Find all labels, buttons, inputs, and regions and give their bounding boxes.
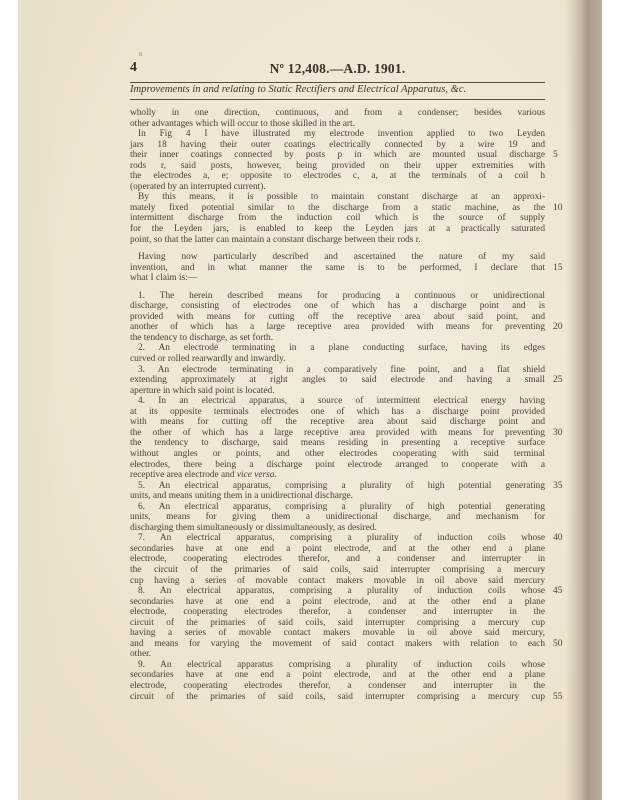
- margin-line-number: 40: [553, 533, 563, 544]
- text-line: In Fig 4 I have illustrated my electrode…: [130, 129, 545, 140]
- text-line: invention, and in what manner the same i…: [130, 263, 545, 274]
- text-line: intermittent discharge from the inductio…: [130, 213, 545, 224]
- line-text: mately fixed potential similar to the di…: [130, 203, 545, 213]
- patent-number: Nº 12,408.—A.D. 1901.: [130, 61, 545, 77]
- line-text: By this means, it is possible to maintai…: [138, 192, 545, 202]
- line-text: secondaries have at one end a point elec…: [130, 670, 545, 680]
- text-line: 3. An electrode terminating in a compara…: [130, 365, 545, 376]
- line-text: 1. The herein described means for produc…: [138, 291, 545, 301]
- text-line: rods r, said posts, however, being provi…: [130, 161, 545, 172]
- text-line: (operated by an interrupted current).: [130, 182, 545, 193]
- text-line: 2. An electrode terminating in a plane c…: [130, 343, 545, 354]
- line-text: extending approximately at right angles …: [130, 375, 545, 385]
- line-text: electrode, cooperating electrodes theref…: [130, 681, 545, 691]
- header-rule-top: [130, 82, 545, 83]
- text-line: 9. An electrical apparatus comprising a …: [130, 660, 545, 671]
- text-line: other.: [130, 649, 545, 660]
- margin-line-number: 20: [553, 322, 563, 333]
- line-text: 3. An electrode terminating in a compara…: [138, 365, 545, 375]
- line-text: jars 18 having their outer coatings elec…: [130, 140, 545, 150]
- running-title: Improvements in and relating to Static R…: [130, 84, 550, 95]
- line-text: secondaries have at one end a point elec…: [130, 544, 545, 554]
- line-text: invention, and in what manner the same i…: [130, 263, 545, 273]
- text-line: their inner coatings connected by posts …: [130, 150, 545, 161]
- text-line: the electrodes a, e; opposite to electro…: [130, 171, 545, 182]
- margin-line-number: 25: [553, 375, 563, 386]
- scanned-page: 4 n Nº 12,408.—A.D. 1901. Improvements i…: [18, 0, 602, 800]
- page-header: 4 n Nº 12,408.—A.D. 1901.: [130, 60, 545, 80]
- margin-line-number: 10: [553, 203, 563, 214]
- line-text: units, and means uniting them in a unidi…: [130, 491, 353, 501]
- italic-phrase: vice versa: [237, 470, 275, 480]
- text-line: the tendency to discharge, said means re…: [130, 438, 545, 449]
- line-text: receptive area electrode and vice versa.: [130, 470, 277, 480]
- line-text: circuit of the primaries of said coils, …: [130, 692, 545, 702]
- text-line: what I claim is:—: [130, 273, 545, 284]
- text-line: and means for varying the movement of sa…: [130, 639, 545, 650]
- text-line: electrode, cooperating electrodes theref…: [130, 681, 545, 692]
- margin-line-number: 30: [553, 428, 563, 439]
- text-line: electrode, cooperating electrodes theref…: [130, 554, 545, 565]
- text-line: 5. An electrical apparatus, comprising a…: [130, 481, 545, 492]
- text-line: jars 18 having their outer coatings elec…: [130, 140, 545, 151]
- text-line: other advantages which will occur to tho…: [130, 119, 545, 130]
- line-text: 8. An electrical apparatus, comprising a…: [138, 586, 545, 596]
- text-line: at its opposite terminals electrodes one…: [130, 407, 545, 418]
- text-line: receptive area electrode and vice versa.: [130, 470, 545, 481]
- text-line: mately fixed potential similar to the di…: [130, 203, 545, 214]
- line-text: and means for varying the movement of sa…: [130, 639, 545, 649]
- line-text: the tendency to discharge, as set forth.: [130, 333, 273, 343]
- text-line: 8. An electrical apparatus, comprising a…: [130, 586, 545, 597]
- text-line: the tendency to discharge, as set forth.: [130, 333, 545, 344]
- text-line: 6. An electrical apparatus, comprising a…: [130, 502, 545, 513]
- text-line: discharge, consisting of electrodes one …: [130, 301, 545, 312]
- text-line: circuit of the primaries of said coils, …: [130, 692, 545, 703]
- text-line: secondaries have at one end a point elec…: [130, 544, 545, 555]
- line-text: having a series of movable contact maker…: [130, 628, 545, 638]
- line-text: discharging them simultaneously or dissi…: [130, 523, 377, 533]
- text-line: secondaries have at one end a point elec…: [130, 670, 545, 681]
- line-text: 9. An electrical apparatus comprising a …: [138, 660, 545, 670]
- line-text: 7. An electrical apparatus, comprising a…: [138, 533, 545, 543]
- text-line: provided with means for cutting off the …: [130, 312, 545, 323]
- line-text: 5. An electrical apparatus, comprising a…: [138, 481, 545, 491]
- line-text: circuit of the primaries of said coils, …: [130, 618, 545, 628]
- text-line: By this means, it is possible to maintai…: [130, 192, 545, 203]
- text-line: units, and means uniting them in a unidi…: [130, 491, 545, 502]
- line-text: intermittent discharge from the inductio…: [130, 213, 545, 223]
- text-line: without angles or points, and other elec…: [130, 449, 545, 460]
- margin-line-number: 35: [553, 481, 563, 492]
- text-line: electrode, cooperating electrodes theref…: [130, 607, 545, 618]
- line-text: the electrodes a, e; opposite to electro…: [130, 171, 545, 181]
- line-text: with means for cutting off the receptive…: [130, 417, 545, 427]
- line-text: electrodes, there being a discharge poin…: [130, 460, 545, 470]
- line-text: the tendency to discharge, said means re…: [130, 438, 545, 448]
- line-text: cup having a series of movable contact m…: [130, 576, 545, 586]
- line-text: 6. An electrical apparatus, comprising a…: [138, 502, 545, 512]
- text-line: having a series of movable contact maker…: [130, 628, 545, 639]
- line-text: other.: [130, 649, 151, 659]
- line-text: units, means for giving them a unidirect…: [130, 512, 545, 522]
- text-line: discharging them simultaneously or dissi…: [130, 523, 545, 534]
- header-rule-bottom: [130, 99, 545, 100]
- line-text: for the Leyden jars, is enabled to keep …: [130, 224, 545, 234]
- line-text: 2. An electrode terminating in a plane c…: [138, 343, 545, 353]
- text-line: units, means for giving them a unidirect…: [130, 512, 545, 523]
- line-text: electrode, cooperating electrodes theref…: [130, 554, 545, 564]
- body-text: wholly in one direction, continuous, and…: [130, 108, 545, 702]
- text-line: 1. The herein described means for produc…: [130, 291, 545, 302]
- text-line: with means for cutting off the receptive…: [130, 417, 545, 428]
- line-text: another of which has a large receptive a…: [130, 322, 545, 332]
- line-text: Having now particularly described and as…: [138, 252, 545, 262]
- line-text: provided with means for cutting off the …: [130, 312, 545, 322]
- line-text: other advantages which will occur to tho…: [130, 119, 355, 129]
- line-text: 4. In an electrical apparatus, a source …: [138, 396, 545, 406]
- text-line: the circuit of the primaries of said coi…: [130, 565, 545, 576]
- line-text: discharge, consisting of electrodes one …: [130, 301, 545, 311]
- text-line: extending approximately at right angles …: [130, 375, 545, 386]
- line-text: rods r, said posts, however, being provi…: [130, 161, 545, 171]
- line-text: curved or rolled rearwardly and inwardly…: [130, 354, 286, 364]
- text-line: 7. An electrical apparatus, comprising a…: [130, 533, 545, 544]
- text-line: secondaries have at one end a point elec…: [130, 597, 545, 608]
- line-text: (operated by an interrupted current).: [130, 182, 266, 192]
- line-text: the other of which has a large receptive…: [130, 428, 545, 438]
- text-line: Having now particularly described and as…: [130, 252, 545, 263]
- text-line: curved or rolled rearwardly and inwardly…: [130, 354, 545, 365]
- margin-line-number: 50: [553, 639, 563, 650]
- line-text: without angles or points, and other elec…: [130, 449, 545, 459]
- text-line: cup having a series of movable contact m…: [130, 576, 545, 587]
- line-text: the circuit of the primaries of said coi…: [130, 565, 545, 575]
- line-text: what I claim is:—: [130, 273, 197, 283]
- line-text: at its opposite terminals electrodes one…: [130, 407, 545, 417]
- text-line: 4. In an electrical apparatus, a source …: [130, 396, 545, 407]
- text-line: aperture in which said point is located.: [130, 386, 545, 397]
- text-line: for the Leyden jars, is enabled to keep …: [130, 224, 545, 235]
- line-text: secondaries have at one end a point elec…: [130, 597, 545, 607]
- text-line: point, so that the latter can maintain a…: [130, 235, 545, 246]
- text-line: wholly in one direction, continuous, and…: [130, 108, 545, 119]
- line-text: wholly in one direction, continuous, and…: [130, 108, 545, 118]
- margin-line-number: 15: [553, 263, 563, 274]
- page-pencil-mark: n: [139, 50, 143, 58]
- line-text: point, so that the latter can maintain a…: [130, 235, 421, 245]
- line-text: In Fig 4 I have illustrated my electrode…: [138, 129, 545, 139]
- margin-line-number: 45: [553, 586, 563, 597]
- line-text: electrode, cooperating electrodes theref…: [130, 607, 545, 617]
- line-text: aperture in which said point is located.: [130, 386, 275, 396]
- text-line: circuit of the primaries of said coils, …: [130, 618, 545, 629]
- text-line: electrodes, there being a discharge poin…: [130, 460, 545, 471]
- margin-line-number: 5: [553, 150, 558, 161]
- text-line: the other of which has a large receptive…: [130, 428, 545, 439]
- margin-line-number: 55: [553, 692, 563, 703]
- line-text: their inner coatings connected by posts …: [130, 150, 545, 160]
- text-line: another of which has a large receptive a…: [130, 322, 545, 333]
